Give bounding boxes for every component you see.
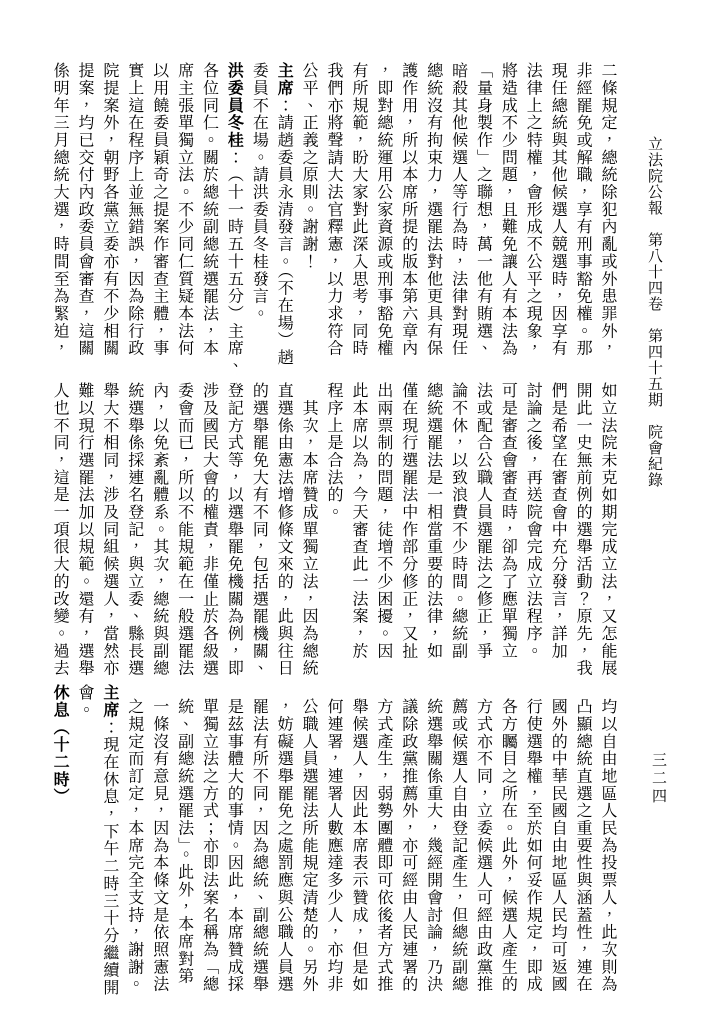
text-column: 主席：現在休息，下午二時三十分繼續開 [96,684,121,986]
text-column: 方式產生，弱勢團體即可依後者方式推 [370,698,395,1000]
text-column: 法律上之特權，會形成不公平之現象， [519,62,544,364]
text-column: 出兩票制的問題，徒增不少困擾。因 [370,382,395,682]
text-band-top: 二條規定，總統除犯內亂或外患罪外，非經罷免或解職，享有刑事豁免權。那現任總統與其… [46,62,619,364]
text-column: 一條沒有意見，因為本條文是依照憲法 [146,698,171,1000]
text-column: 公職人員選罷法所能規定清楚的。另外 [295,698,320,1000]
text-column: 僅在現行選罷法中作部分修正，又扯 [395,382,420,682]
text-column: 如立法院未克如期完成立法，又怎能展 [594,382,619,682]
text-column: 直選係由憲法增修條文來的，此與往日 [270,382,295,682]
text-column: 各方矚目之所在。此外，候選人產生的 [494,698,519,1000]
text-column: 是茲事體大的事情。因此，本席贊成採 [221,698,246,1000]
text-column: 們是希望在審查會中充分發言，詳加 [544,382,569,682]
text-column: 休息（十二時） [46,684,71,986]
text-column: 以用饒委員穎奇之提案作審查主體，事 [146,62,171,364]
text-column: 暗殺其他候選人等行為時，法律對現任 [445,62,470,364]
text-column: 方式亦不同，立委候選人可經由政黨推 [470,698,495,1000]
text-column: 其次，本席贊成單獨立法，因為總統 [295,382,320,682]
text-column: 程序上是合法的。 [320,382,345,682]
text-column: 議除政黨推薦外，亦可經由人民連署的 [395,698,420,1000]
text-column: 的選舉罷免大有不同，包括選罷機關、 [245,382,270,682]
text-column: 各位同仁。關於總統副總統選罷法，本 [196,62,221,364]
text-column: 何連署，連署人數應達多少人，亦均非 [320,698,345,1000]
text-column: 席主張單獨立法。不少同仁質疑本法何 [171,62,196,364]
text-column: 總統沒有拘束力，選罷法對他更具有保 [420,62,445,364]
text-column: 登記方式等，以選舉罷免機關為例，即 [221,382,246,682]
text-column: 單獨立法之方式；亦即法案名稱為「總 [196,698,221,1000]
journal-header: 立法院公報 第八十四卷 第四十五期 院會紀錄 [644,136,665,476]
text-column: 統、副總統選罷法」。此外，本席對第 [171,698,196,1000]
text-column: 有所規範，盼大家對此深入思考，同時 [345,62,370,364]
text-band-middle: 如立法院未克如期完成立法，又怎能展開此一史無前例的選舉活動？原先，我們是希望在審… [46,382,619,682]
page-number: 三二四 [648,752,669,806]
text-column: 主席：請趙委員永清發言。（不在場）趙 [270,62,295,364]
text-column: 內，以免紊亂體系。其次，總統與副總 [146,382,171,682]
text-column: 現任總統與其他候選人競選時，因享有 [544,62,569,364]
text-column: 凸顯總統直選之重要性與涵蓋性，連在 [569,698,594,1000]
text-column: 涉及國民大會的權責，非僅止於各級選 [196,382,221,682]
text-column: 舉候選人，因此本席表示贊成，但是如 [345,698,370,1000]
text-column: 提案，均已交付內政委員會審查，這關 [71,62,96,364]
text-column: 行使選舉權，至於如何妥作規定，即成 [519,698,544,1000]
text-column: 公平、正義之原則。謝謝！ [295,62,320,364]
text-column: ，即對總統運用公家資源或刑事豁免權 [370,62,395,364]
text-column: 可是審查會審查時，卻為了應單獨立 [494,382,519,682]
text-column: 護作用，所以本席所提的版本第六章內 [395,62,420,364]
text-column: 舉大不相同，涉及同組候選人，當然亦 [96,382,121,682]
text-column: 法或配合公職人員選罷法之修正，爭 [470,382,495,682]
text-column: 論不休，以致浪費不少時間。總統副 [445,382,470,682]
text-column: 委會而已，所以不能規範在一般選罷法 [171,382,196,682]
text-column: 我們亦將聲請大法官釋憲，以力求符合 [320,62,345,364]
text-column: 非經罷免或解職，享有刑事豁免權。那 [569,62,594,364]
text-column: 此本席以為，今天審查此一法案，於 [345,382,370,682]
text-column: 將造成不少問題，且難免讓人有本法為 [494,62,519,364]
text-column: 之規定而訂定，本席完全支持，謝謝。 [121,698,146,1000]
text-column: 討論之後，再送院會完成立法程序。 [519,382,544,682]
text-column: 開此一史無前例的選舉活動？原先，我 [569,382,594,682]
text-column: 難以現行選罷法加以規範。還有，選舉 [71,382,96,682]
text-column: 洪委員冬桂：（十一時五十五分）主席、 [221,62,246,364]
text-column: 薦或候選人自由登記產生，但總統副總 [445,698,470,1000]
text-band-bottom: 均以自由地區人民為投票人，此次則為凸顯總統直選之重要性與涵蓋性，連在國外的中華民… [46,698,619,1000]
text-column: 「量身製作」之聯想，萬一他有賄選、 [470,62,495,364]
text-column: 二條規定，總統除犯內亂或外患罪外， [594,62,619,364]
text-column: 係明年三月總統大選，時間至為緊迫， [46,62,71,364]
text-column: 均以自由地區人民為投票人，此次則為 [594,698,619,1000]
text-column: 統選舉係採連名登記，與立委、縣長選 [121,382,146,682]
text-column: 統選舉關係重大，幾經開會討論，乃決 [420,698,445,1000]
text-column: 總統選罷法是一相當重要的法律，如 [420,382,445,682]
text-column: 罷法有所不同，因為總統、副總統選舉 [245,698,270,1000]
text-column: 國外的中華民國自由地區人民均可返國 [544,698,569,1000]
text-column: 會。 [71,684,96,986]
text-column: 實上這在程序上並無錯誤，因為除行政 [121,62,146,364]
gazette-page: 立法院公報 第八十四卷 第四十五期 院會紀錄 三二四 二條規定，總統除犯內亂或外… [0,0,715,1024]
text-column: 人也不同，這是一項很大的改變。過去 [46,382,71,682]
text-column: ，妨礙選舉罷免之處罰應與公職人員選 [270,698,295,1000]
text-column: 院提案外，朝野各黨立委亦有不少相關 [96,62,121,364]
text-column: 委員不在場。請洪委員冬桂發言。 [245,62,270,364]
